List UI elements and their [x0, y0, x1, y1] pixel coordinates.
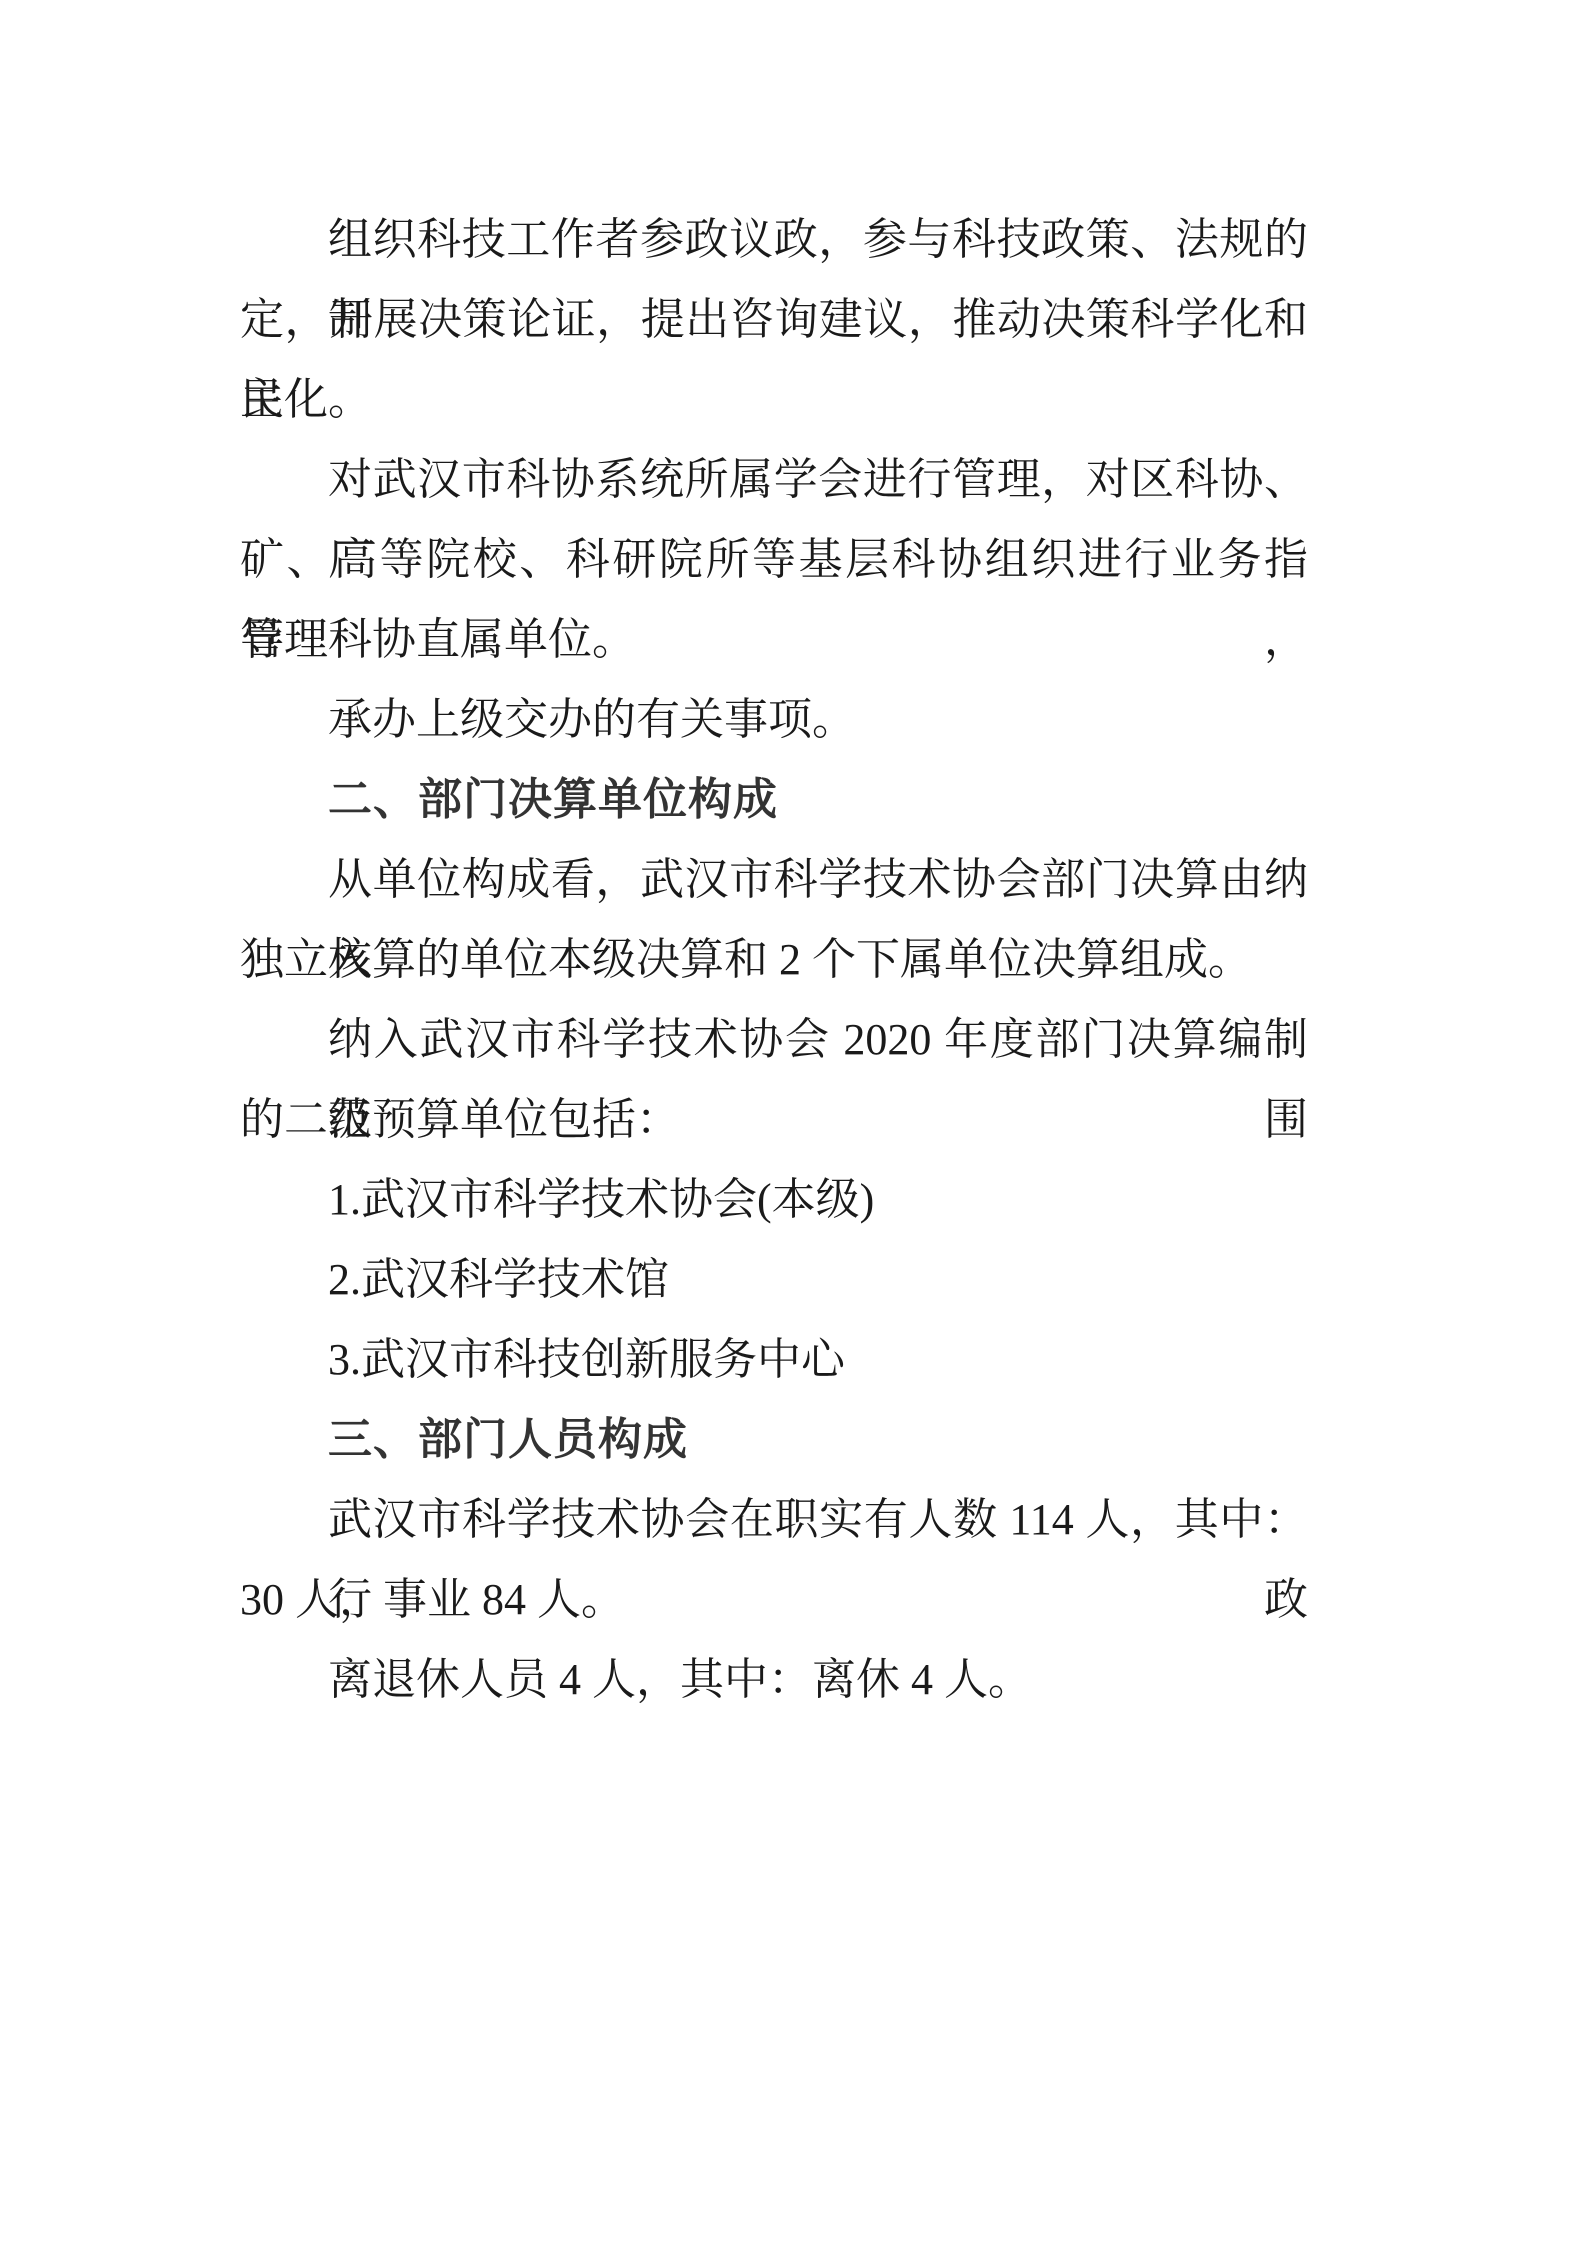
text-line: 主化。	[240, 360, 1308, 440]
text-line: 1.武汉市科学技术协会(本级)	[240, 1160, 1308, 1240]
document-body: 组织科技工作者参政议政，参与科技政策、法规的制定，开展决策论证，提出咨询建议，推…	[240, 200, 1308, 1720]
text-line: 武汉市科学技术协会在职实有人数 114 人，其中：行政	[240, 1480, 1308, 1560]
section-heading: 三、部门人员构成	[240, 1400, 1308, 1480]
text-line: 3.武汉市科技创新服务中心	[240, 1320, 1308, 1400]
text-line: 承办上级交办的有关事项。	[240, 680, 1308, 760]
text-line: 独立核算的单位本级决算和 2 个下属单位决算组成。	[240, 920, 1308, 1000]
text-line: 离退休人员 4 人，其中：离休 4 人。	[240, 1640, 1308, 1720]
text-line: 矿、高等院校、科研院所等基层科协组织进行业务指导，	[240, 520, 1308, 600]
text-line: 对武汉市科协系统所属学会进行管理，对区科协、厂	[240, 440, 1308, 520]
text-line: 2.武汉科学技术馆	[240, 1240, 1308, 1320]
text-line: 从单位构成看，武汉市科学技术协会部门决算由纳入	[240, 840, 1308, 920]
text-line: 定，开展决策论证，提出咨询建议，推动决策科学化和民	[240, 280, 1308, 360]
document-page: 组织科技工作者参政议政，参与科技政策、法规的制定，开展决策论证，提出咨询建议，推…	[0, 0, 1588, 2246]
text-line: 组织科技工作者参政议政，参与科技政策、法规的制	[240, 200, 1308, 280]
section-heading: 二、部门决算单位构成	[240, 760, 1308, 840]
text-line: 纳入武汉市科学技术协会 2020 年度部门决算编制范围	[240, 1000, 1308, 1080]
